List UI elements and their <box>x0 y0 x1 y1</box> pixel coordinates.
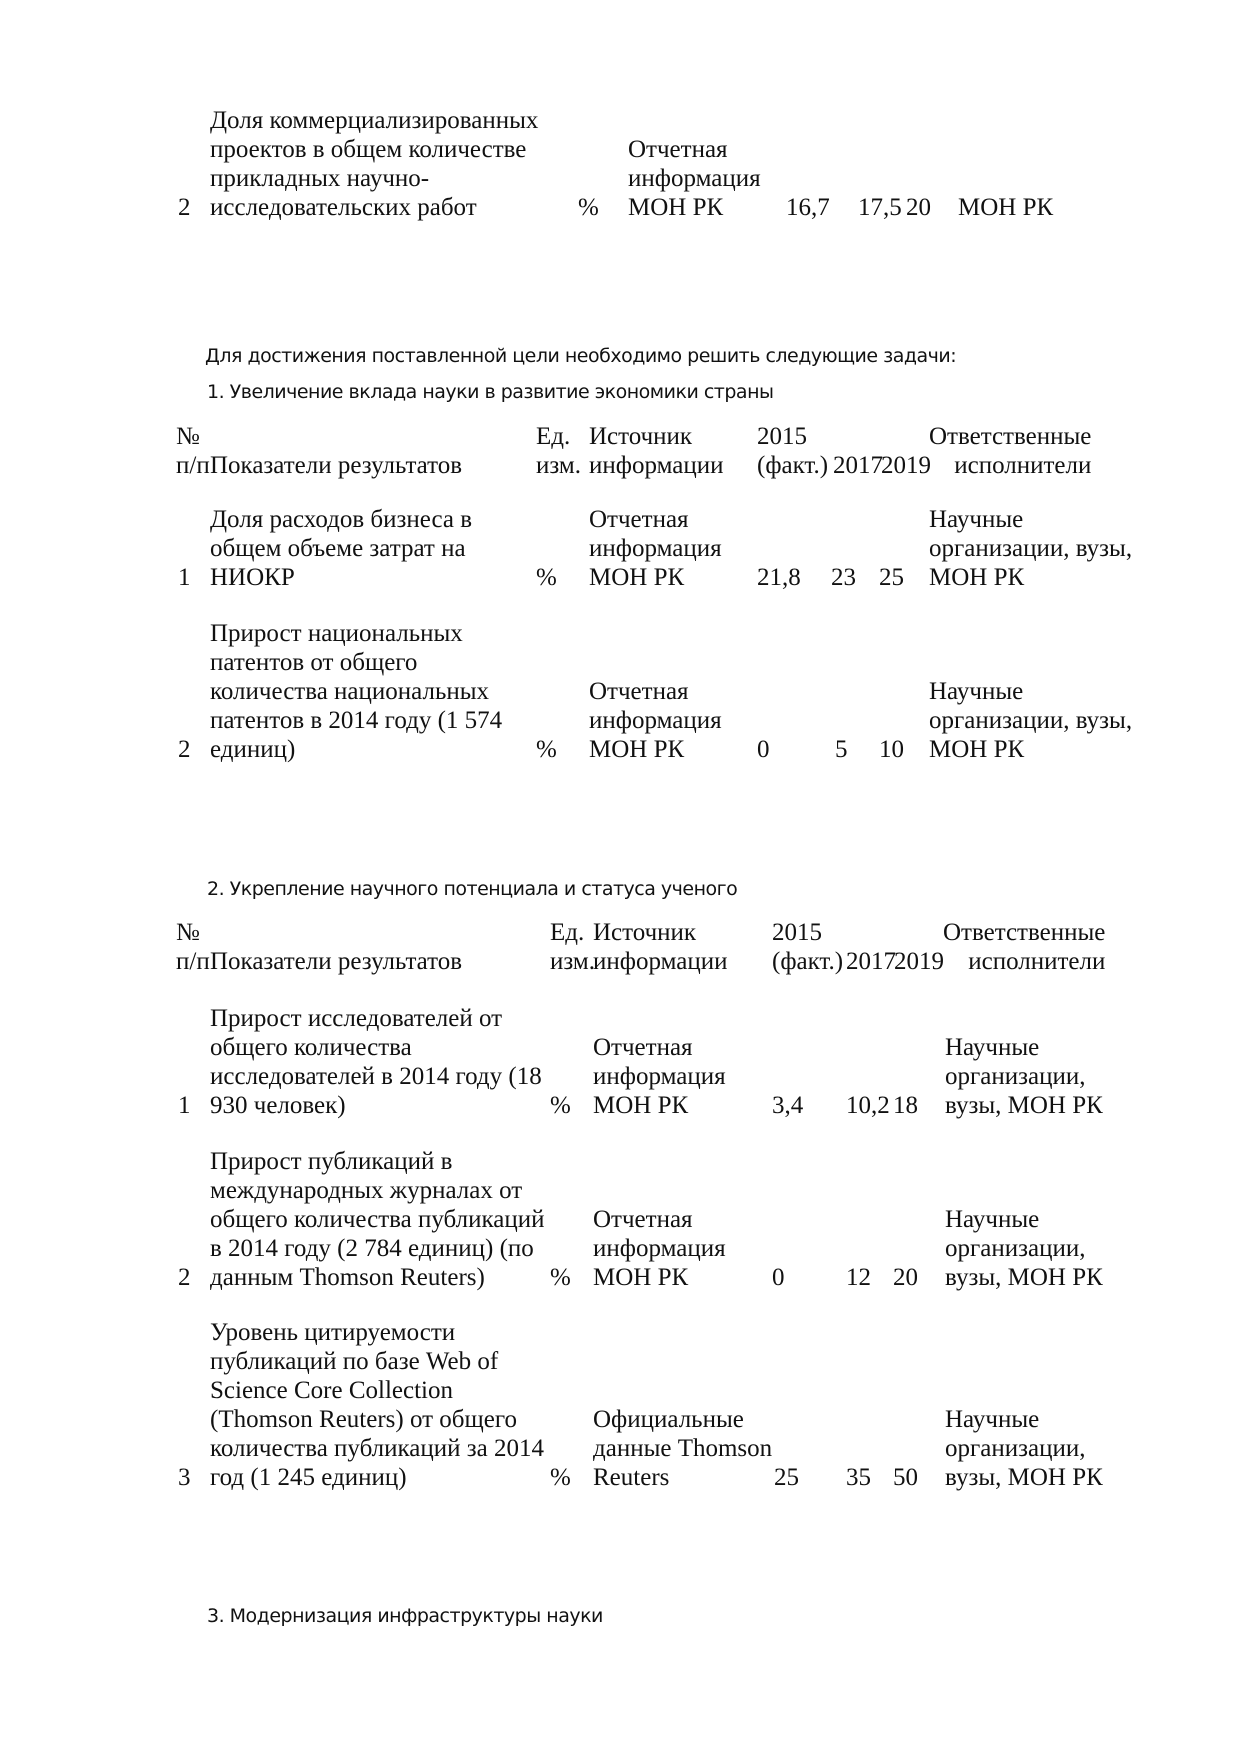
header-2017: 2017 <box>833 451 883 480</box>
value-2019: 10 <box>879 615 904 764</box>
source-text: Официальные данные Thomson Reuters <box>593 1315 772 1492</box>
source-text: Отчетная информация МОН РК <box>589 615 722 764</box>
unit-text: % <box>550 1315 571 1492</box>
task-2-title: 2. Укрепление научного потенциала и стат… <box>207 876 737 902</box>
fact-2015-value: 0 <box>772 1143 785 1292</box>
header-unit: Ед. изм. <box>550 918 595 976</box>
responsible-text: МОН РК <box>958 110 1053 222</box>
row-number: 1 <box>178 500 191 592</box>
header-responsible: Ответственные исполнители <box>943 918 1105 976</box>
value-2019: 50 <box>893 1315 918 1492</box>
value-2017: 10,2 <box>846 1000 890 1120</box>
unit-text: % <box>536 500 557 592</box>
fact-2015-value: 25 <box>774 1315 799 1492</box>
responsible-text: Научные организации, вузы, МОН РК <box>929 615 1132 764</box>
value-2017: 23 <box>831 500 856 592</box>
row-number: 3 <box>178 1315 191 1492</box>
fact-2015-value: 0 <box>757 615 770 764</box>
unit-text: % <box>536 615 557 764</box>
header-source: Источник информации <box>593 918 727 976</box>
task-3-title: 3. Модернизация инфраструктуры науки <box>207 1603 603 1629</box>
indicator-text: Прирост национальных патентов от общего … <box>210 615 502 764</box>
value-2017: 12 <box>846 1143 871 1292</box>
unit-text: % <box>550 1143 571 1292</box>
intro-paragraph: Для достижения поставленной цели необход… <box>205 343 956 369</box>
unit-text: % <box>578 110 599 222</box>
value-2017: 5 <box>835 615 848 764</box>
value-2017: 35 <box>846 1315 871 1492</box>
fact-2015-value: 21,8 <box>757 500 801 592</box>
header-fact-2015: 2015 (факт.) <box>757 422 828 480</box>
indicator-text: Доля коммерциализированных проектов в об… <box>210 110 538 222</box>
header-indicator: Показатели результатов <box>210 947 462 976</box>
fact-2015-value: 16,7 <box>786 110 830 222</box>
indicator-text: Уровень цитируемости публикаций по базе … <box>210 1315 544 1492</box>
value-2017: 17,5 <box>858 110 902 222</box>
header-2017: 2017 <box>846 947 896 976</box>
row-number: 2 <box>178 1143 191 1292</box>
header-source: Источник информации <box>589 422 723 480</box>
responsible-text: Научные организации, вузы, МОН РК <box>945 1143 1103 1292</box>
task-1-title: 1. Увеличение вклада науки в развитие эк… <box>207 379 774 405</box>
header-fact-2015: 2015 (факт.) <box>772 918 843 976</box>
source-text: Отчетная информация МОН РК <box>593 1000 726 1120</box>
value-2019: 20 <box>893 1143 918 1292</box>
header-responsible: Ответственные исполнители <box>929 422 1091 480</box>
row-number: 2 <box>178 615 191 764</box>
indicator-text: Доля расходов бизнеса в общем объеме зат… <box>210 500 472 592</box>
responsible-text: Научные организации, вузы, МОН РК <box>945 1315 1103 1492</box>
header-num: № п/п <box>176 918 210 976</box>
header-2019: 2019 <box>894 947 944 976</box>
row-number: 2 <box>178 110 191 222</box>
fact-2015-value: 3,4 <box>772 1000 803 1120</box>
value-2019: 25 <box>879 500 904 592</box>
unit-text: % <box>550 1000 571 1120</box>
responsible-text: Научные организации, вузы, МОН РК <box>929 500 1132 592</box>
row-number: 1 <box>178 1000 191 1120</box>
source-text: Отчетная информация МОН РК <box>589 500 722 592</box>
source-text: Отчетная информация МОН РК <box>593 1143 726 1292</box>
indicator-text: Прирост исследователей от общего количес… <box>210 1000 542 1120</box>
indicator-text: Прирост публикаций в международных журна… <box>210 1143 545 1292</box>
header-num: № п/п <box>176 422 210 480</box>
responsible-text: Научные организации, вузы, МОН РК <box>945 1000 1103 1120</box>
value-2019: 20 <box>906 110 931 222</box>
header-2019: 2019 <box>881 451 931 480</box>
value-2019: 18 <box>893 1000 918 1120</box>
header-unit: Ед. изм. <box>536 422 581 480</box>
source-text: Отчетная информация МОН РК <box>628 110 761 222</box>
header-indicator: Показатели результатов <box>210 451 462 480</box>
